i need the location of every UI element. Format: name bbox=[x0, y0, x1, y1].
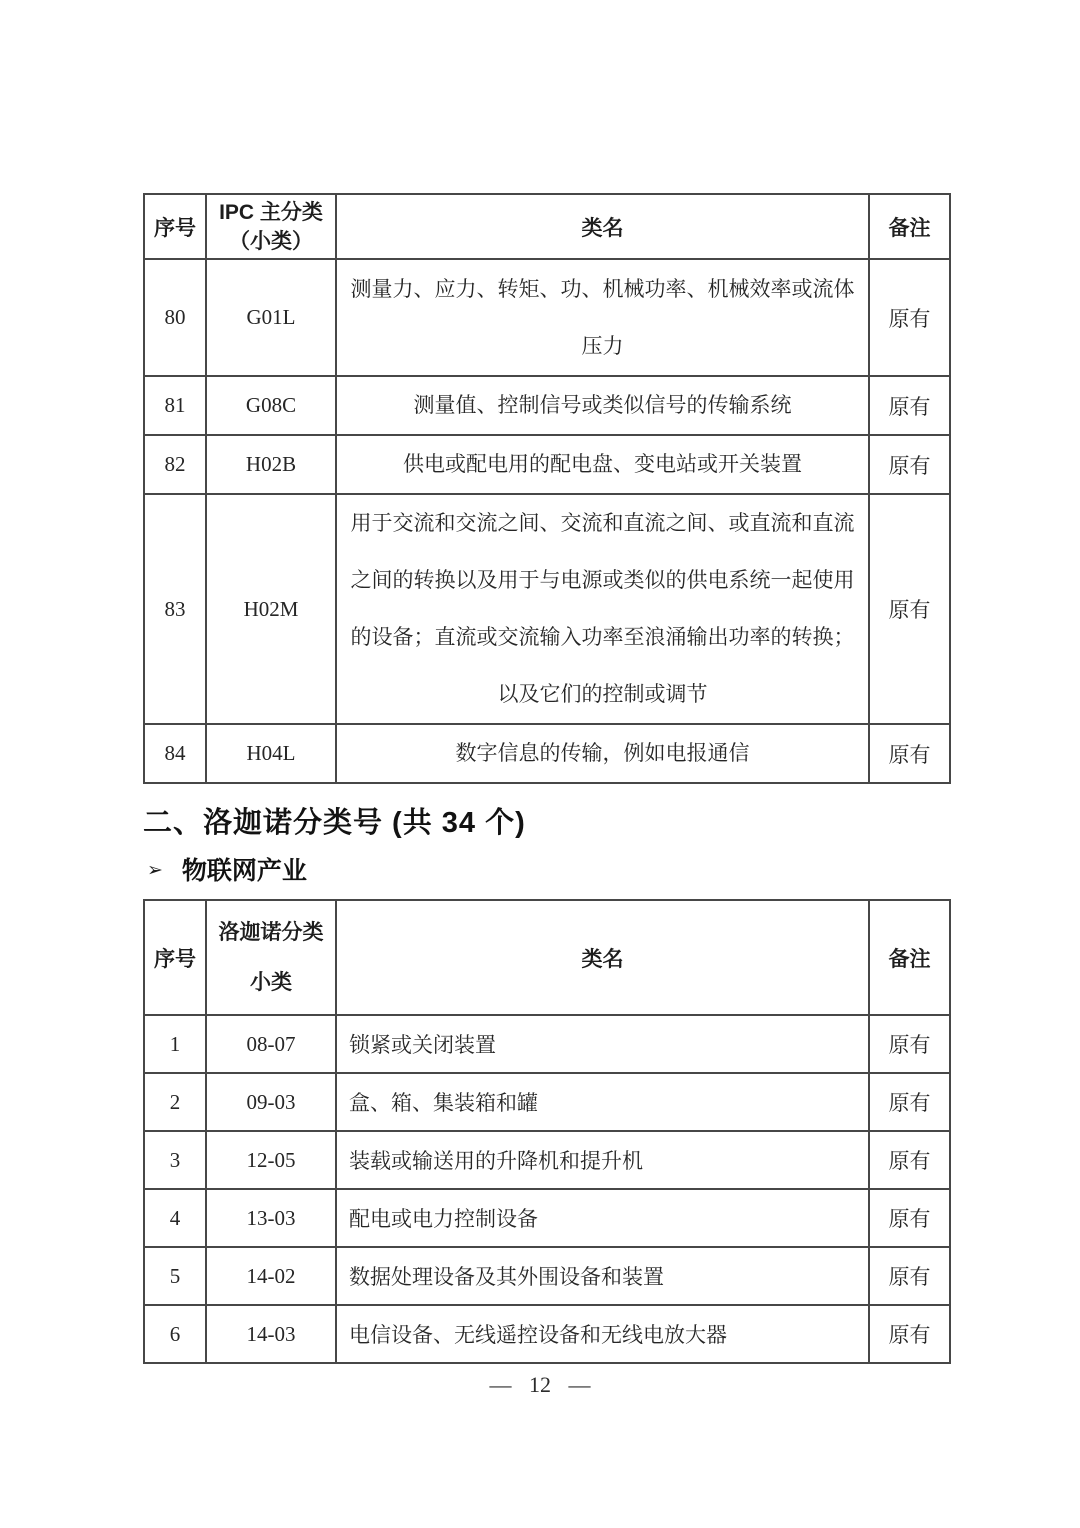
row-number: 6 bbox=[144, 1305, 206, 1363]
table-header-row: 序号 IPC 主分类 （小类） 类名 备注 bbox=[144, 194, 950, 259]
table-row: 2 09-03 盒、箱、集装箱和罐 原有 bbox=[144, 1073, 950, 1131]
header-remark: 备注 bbox=[869, 900, 950, 1015]
table-row: 81 G08C 测量值、控制信号或类似信号的传输系统 原有 bbox=[144, 376, 950, 435]
header-locarno-class-line1: 洛迦诺分类 bbox=[213, 908, 329, 958]
document-page: 序号 IPC 主分类 （小类） 类名 备注 80 G01L 测量力、应力、转矩、… bbox=[0, 0, 1080, 1528]
class-name: 锁紧或关闭装置 bbox=[336, 1015, 869, 1073]
ipc-classification-table: 序号 IPC 主分类 （小类） 类名 备注 80 G01L 测量力、应力、转矩、… bbox=[143, 193, 951, 784]
remark: 原有 bbox=[869, 1015, 950, 1073]
class-name: 测量力、应力、转矩、功、机械功率、机械效率或流体压力 bbox=[336, 259, 869, 376]
row-number: 2 bbox=[144, 1073, 206, 1131]
table-row: 83 H02M 用于交流和交流之间、交流和直流之间、或直流和直流之间的转换以及用… bbox=[144, 494, 950, 724]
class-name: 数字信息的传输，例如电报通信 bbox=[336, 724, 869, 783]
subsection-heading: ➢ 物联网产业 bbox=[147, 855, 949, 887]
row-number: 82 bbox=[144, 435, 206, 494]
arrow-bullet-icon: ➢ bbox=[147, 855, 163, 887]
row-number: 84 bbox=[144, 724, 206, 783]
locarno-code: 14-02 bbox=[206, 1247, 336, 1305]
row-number: 80 bbox=[144, 259, 206, 376]
header-locarno-class: 洛迦诺分类 小类 bbox=[206, 900, 336, 1015]
ipc-code: H02B bbox=[206, 435, 336, 494]
header-ipc-class: IPC 主分类 （小类） bbox=[206, 194, 336, 259]
locarno-classification-table: 序号 洛迦诺分类 小类 类名 备注 1 08-07 锁紧或关闭装置 原有 2 bbox=[143, 899, 951, 1364]
table-row: 5 14-02 数据处理设备及其外围设备和装置 原有 bbox=[144, 1247, 950, 1305]
remark: 原有 bbox=[869, 435, 950, 494]
remark: 原有 bbox=[869, 376, 950, 435]
row-number: 81 bbox=[144, 376, 206, 435]
locarno-code: 13-03 bbox=[206, 1189, 336, 1247]
header-class-name: 类名 bbox=[336, 900, 869, 1015]
ipc-code: H04L bbox=[206, 724, 336, 783]
ipc-code: H02M bbox=[206, 494, 336, 724]
remark: 原有 bbox=[869, 724, 950, 783]
class-name: 用于交流和交流之间、交流和直流之间、或直流和直流之间的转换以及用于与电源或类似的… bbox=[336, 494, 869, 724]
table-row: 80 G01L 测量力、应力、转矩、功、机械功率、机械效率或流体压力 原有 bbox=[144, 259, 950, 376]
remark: 原有 bbox=[869, 494, 950, 724]
locarno-code: 14-03 bbox=[206, 1305, 336, 1363]
header-no: 序号 bbox=[144, 900, 206, 1015]
header-remark: 备注 bbox=[869, 194, 950, 259]
remark: 原有 bbox=[869, 1305, 950, 1363]
header-no: 序号 bbox=[144, 194, 206, 259]
table-header-row: 序号 洛迦诺分类 小类 类名 备注 bbox=[144, 900, 950, 1015]
header-ipc-class-line1: IPC 主分类 bbox=[213, 198, 329, 227]
locarno-code: 08-07 bbox=[206, 1015, 336, 1073]
row-number: 1 bbox=[144, 1015, 206, 1073]
row-number: 4 bbox=[144, 1189, 206, 1247]
header-locarno-class-line2: 小类 bbox=[213, 958, 329, 1008]
remark: 原有 bbox=[869, 1189, 950, 1247]
locarno-code: 09-03 bbox=[206, 1073, 336, 1131]
page-number: — 12 — bbox=[0, 1372, 1080, 1398]
row-number: 83 bbox=[144, 494, 206, 724]
table-row: 4 13-03 配电或电力控制设备 原有 bbox=[144, 1189, 950, 1247]
class-name: 测量值、控制信号或类似信号的传输系统 bbox=[336, 376, 869, 435]
row-number: 3 bbox=[144, 1131, 206, 1189]
class-name: 供电或配电用的配电盘、变电站或开关装置 bbox=[336, 435, 869, 494]
class-name: 数据处理设备及其外围设备和装置 bbox=[336, 1247, 869, 1305]
table-row: 3 12-05 装载或输送用的升降机和提升机 原有 bbox=[144, 1131, 950, 1189]
locarno-code: 12-05 bbox=[206, 1131, 336, 1189]
ipc-code: G08C bbox=[206, 376, 336, 435]
remark: 原有 bbox=[869, 259, 950, 376]
header-class-name: 类名 bbox=[336, 194, 869, 259]
remark: 原有 bbox=[869, 1247, 950, 1305]
page-content: 序号 IPC 主分类 （小类） 类名 备注 80 G01L 测量力、应力、转矩、… bbox=[143, 193, 949, 1364]
remark: 原有 bbox=[869, 1131, 950, 1189]
class-name: 配电或电力控制设备 bbox=[336, 1189, 869, 1247]
table-row: 1 08-07 锁紧或关闭装置 原有 bbox=[144, 1015, 950, 1073]
ipc-code: G01L bbox=[206, 259, 336, 376]
remark: 原有 bbox=[869, 1073, 950, 1131]
class-name: 装载或输送用的升降机和提升机 bbox=[336, 1131, 869, 1189]
row-number: 5 bbox=[144, 1247, 206, 1305]
table-row: 82 H02B 供电或配电用的配电盘、变电站或开关装置 原有 bbox=[144, 435, 950, 494]
subsection-title: 物联网产业 bbox=[182, 855, 307, 887]
table-row: 84 H04L 数字信息的传输，例如电报通信 原有 bbox=[144, 724, 950, 783]
header-ipc-class-line2: （小类） bbox=[213, 227, 329, 256]
section-heading: 二、洛迦诺分类号 (共 34 个) bbox=[143, 804, 949, 842]
class-name: 电信设备、无线遥控设备和无线电放大器 bbox=[336, 1305, 869, 1363]
table-row: 6 14-03 电信设备、无线遥控设备和无线电放大器 原有 bbox=[144, 1305, 950, 1363]
class-name: 盒、箱、集装箱和罐 bbox=[336, 1073, 869, 1131]
